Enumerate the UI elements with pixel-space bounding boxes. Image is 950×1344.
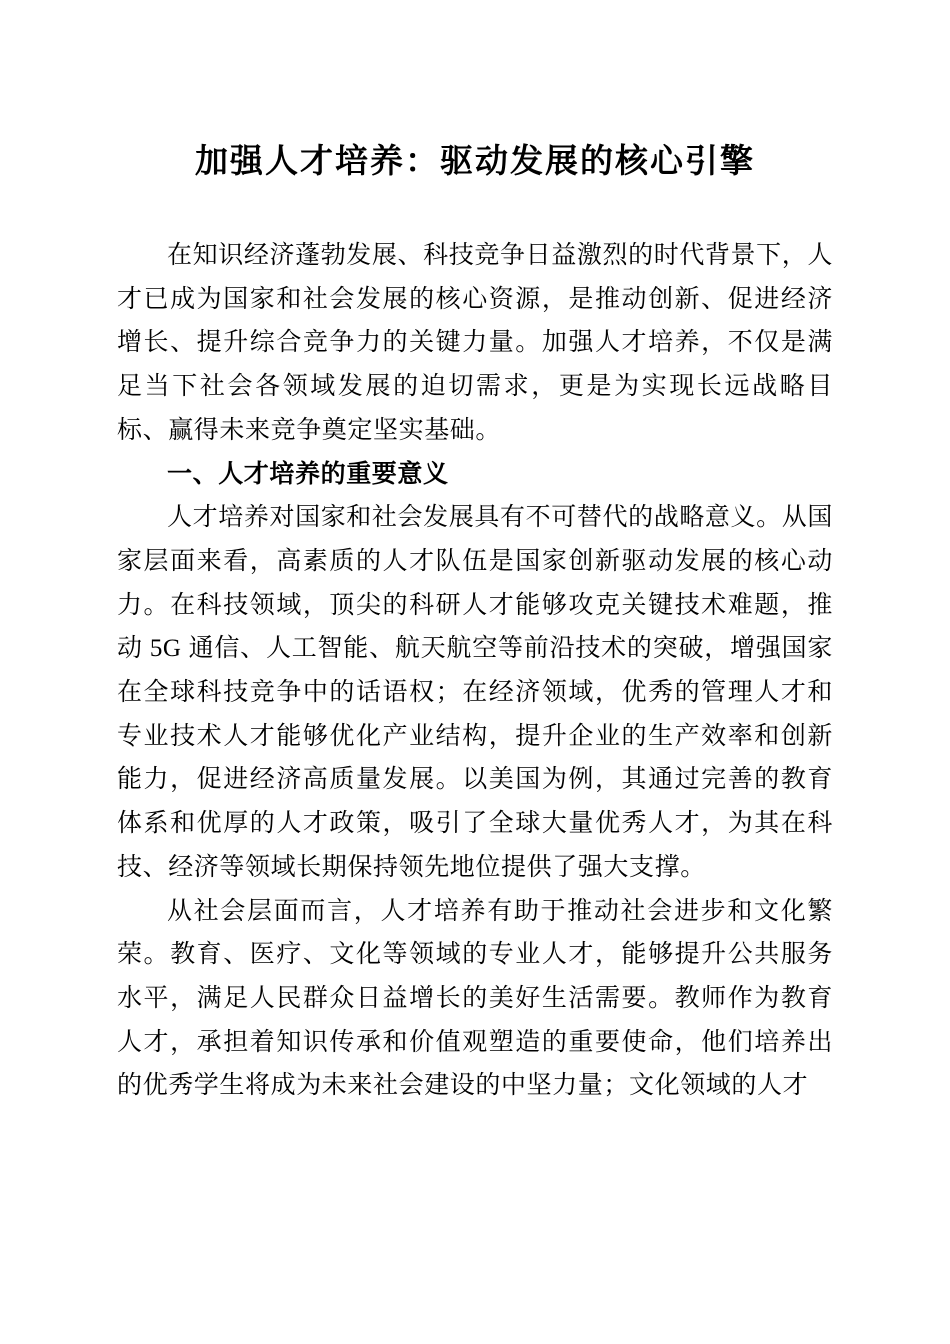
document-body: 在知识经济蓬勃发展、科技竞争日益激烈的时代背景下，人才已成为国家和社会发展的核心…: [117, 234, 833, 1108]
paragraph-intro: 在知识经济蓬勃发展、科技竞争日益激烈的时代背景下，人才已成为国家和社会发展的核心…: [117, 234, 833, 453]
paragraph-national-significance: 人才培养对国家和社会发展具有不可替代的战略意义。从国家层面来看，高素质的人才队伍…: [117, 496, 833, 889]
paragraph-social-significance: 从社会层面而言，人才培养有助于推动社会进步和文化繁荣。教育、医疗、文化等领域的专…: [117, 890, 833, 1109]
section-heading-1: 一、人才培养的重要意义: [117, 453, 833, 497]
document-page: 加强人才培养：驱动发展的核心引擎 在知识经济蓬勃发展、科技竞争日益激烈的时代背景…: [0, 0, 950, 1344]
document-title: 加强人才培养：驱动发展的核心引擎: [117, 138, 833, 186]
